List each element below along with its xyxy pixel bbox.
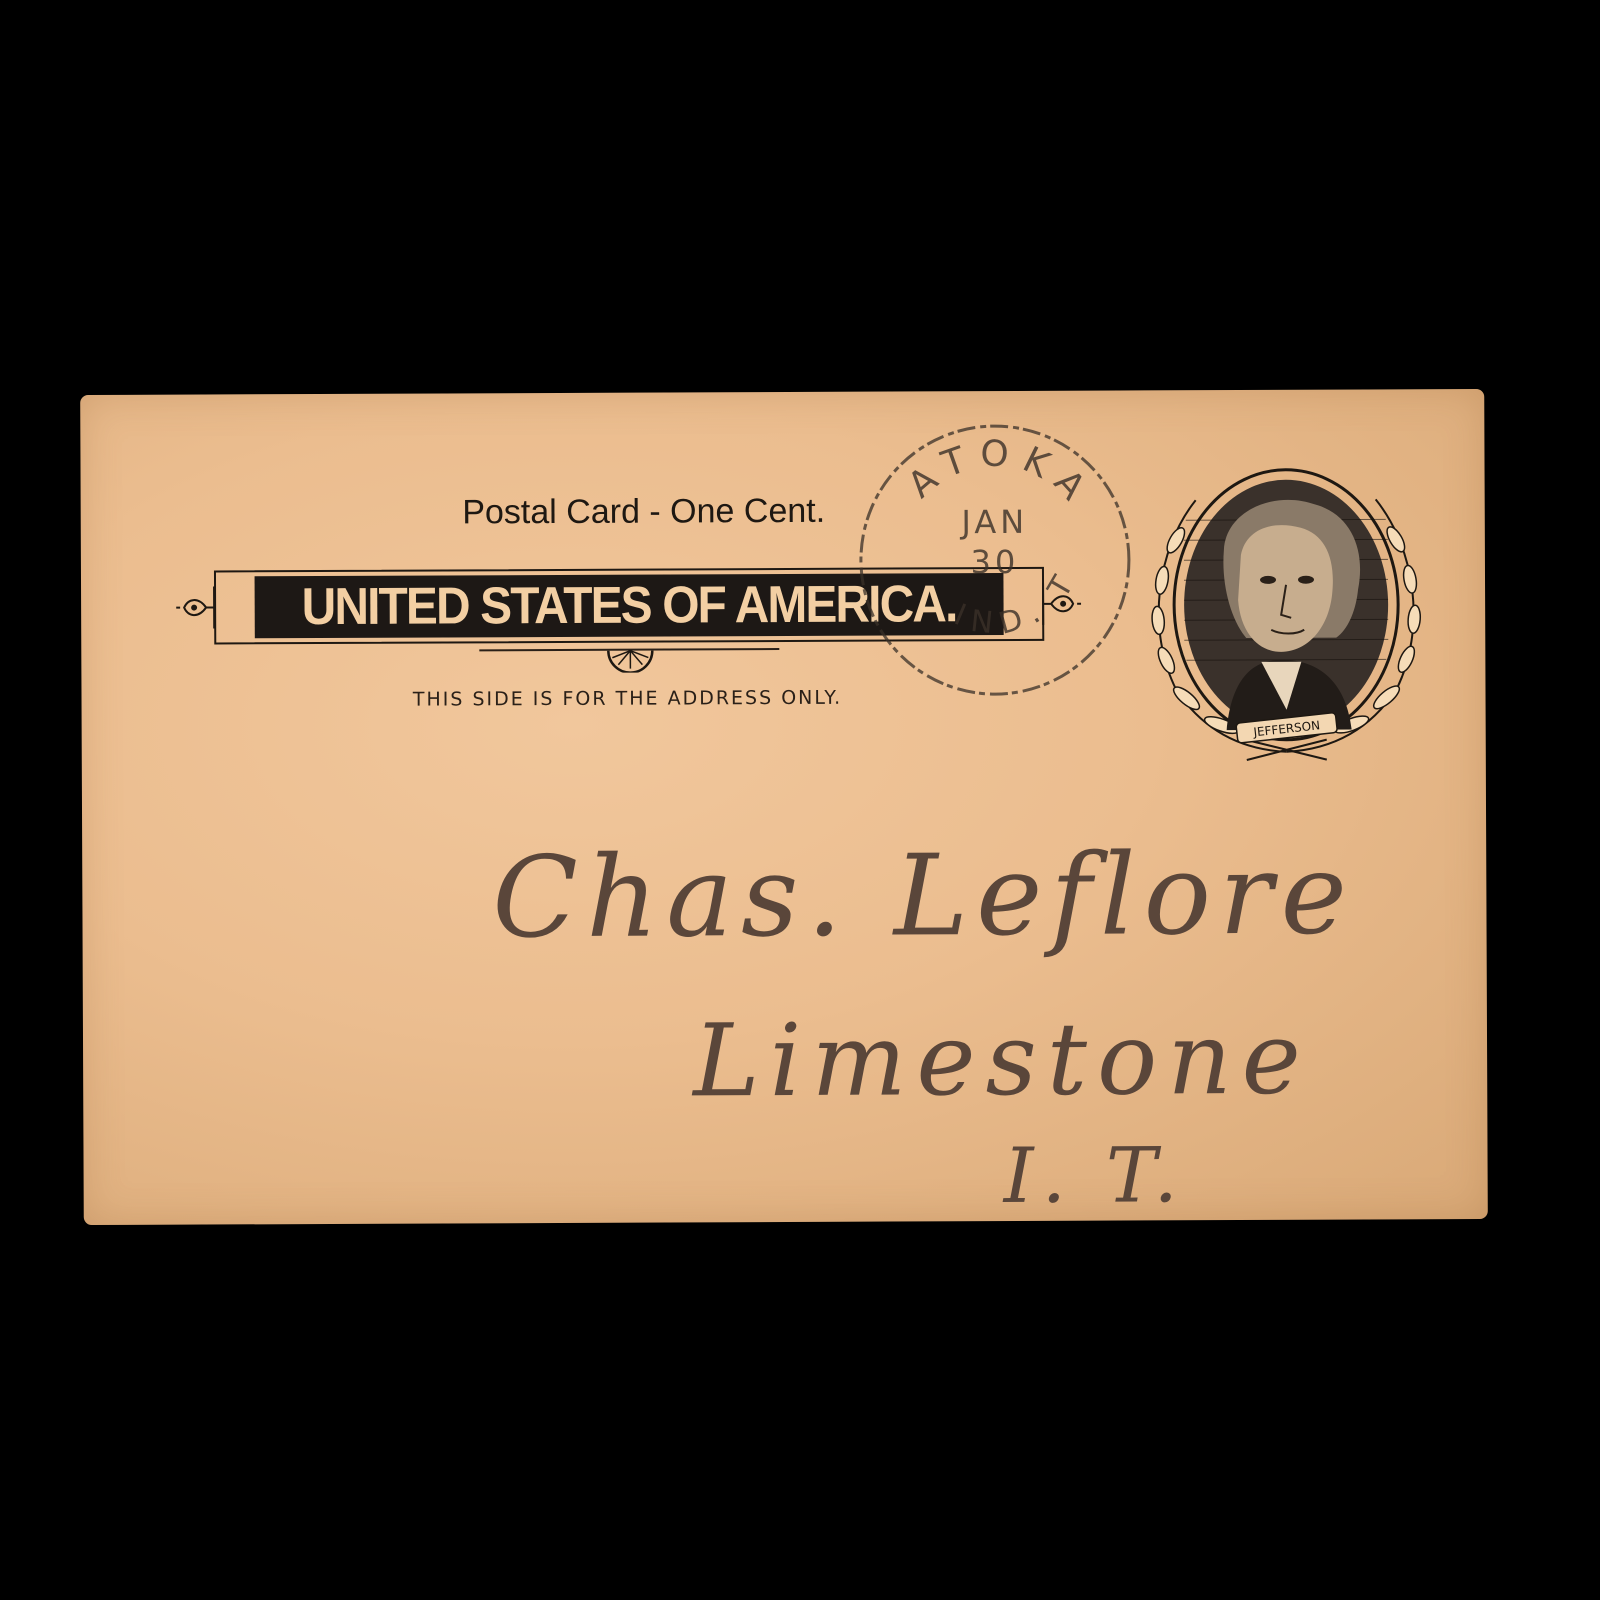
address-instruction: THIS SIDE IS FOR THE ADDRESS ONLY. — [337, 686, 917, 711]
addressee-city: Limestone — [693, 1000, 1311, 1120]
postmark-cancel: ATOKA JAN 30 IND. T. — [855, 420, 1134, 699]
postal-card: Postal Card - One Cent. UNITED STATES OF… — [80, 389, 1488, 1225]
handwritten-address: Chas. Leflore Limestone I. T. — [492, 829, 1454, 1193]
portrait-jefferson — [1223, 500, 1361, 731]
addressee-name: Chas. Leflore — [492, 830, 1355, 964]
wheel-ornament-icon — [604, 649, 656, 673]
jefferson-stamp: JEFFERSON — [1135, 459, 1436, 780]
postmark-day: 30 — [970, 543, 1019, 581]
scroll-ornament-icon — [176, 582, 216, 632]
postmark-month: JAN — [959, 503, 1028, 541]
addressee-region: I. T. — [1003, 1130, 1185, 1220]
card-heading: Postal Card - One Cent. — [374, 491, 914, 532]
